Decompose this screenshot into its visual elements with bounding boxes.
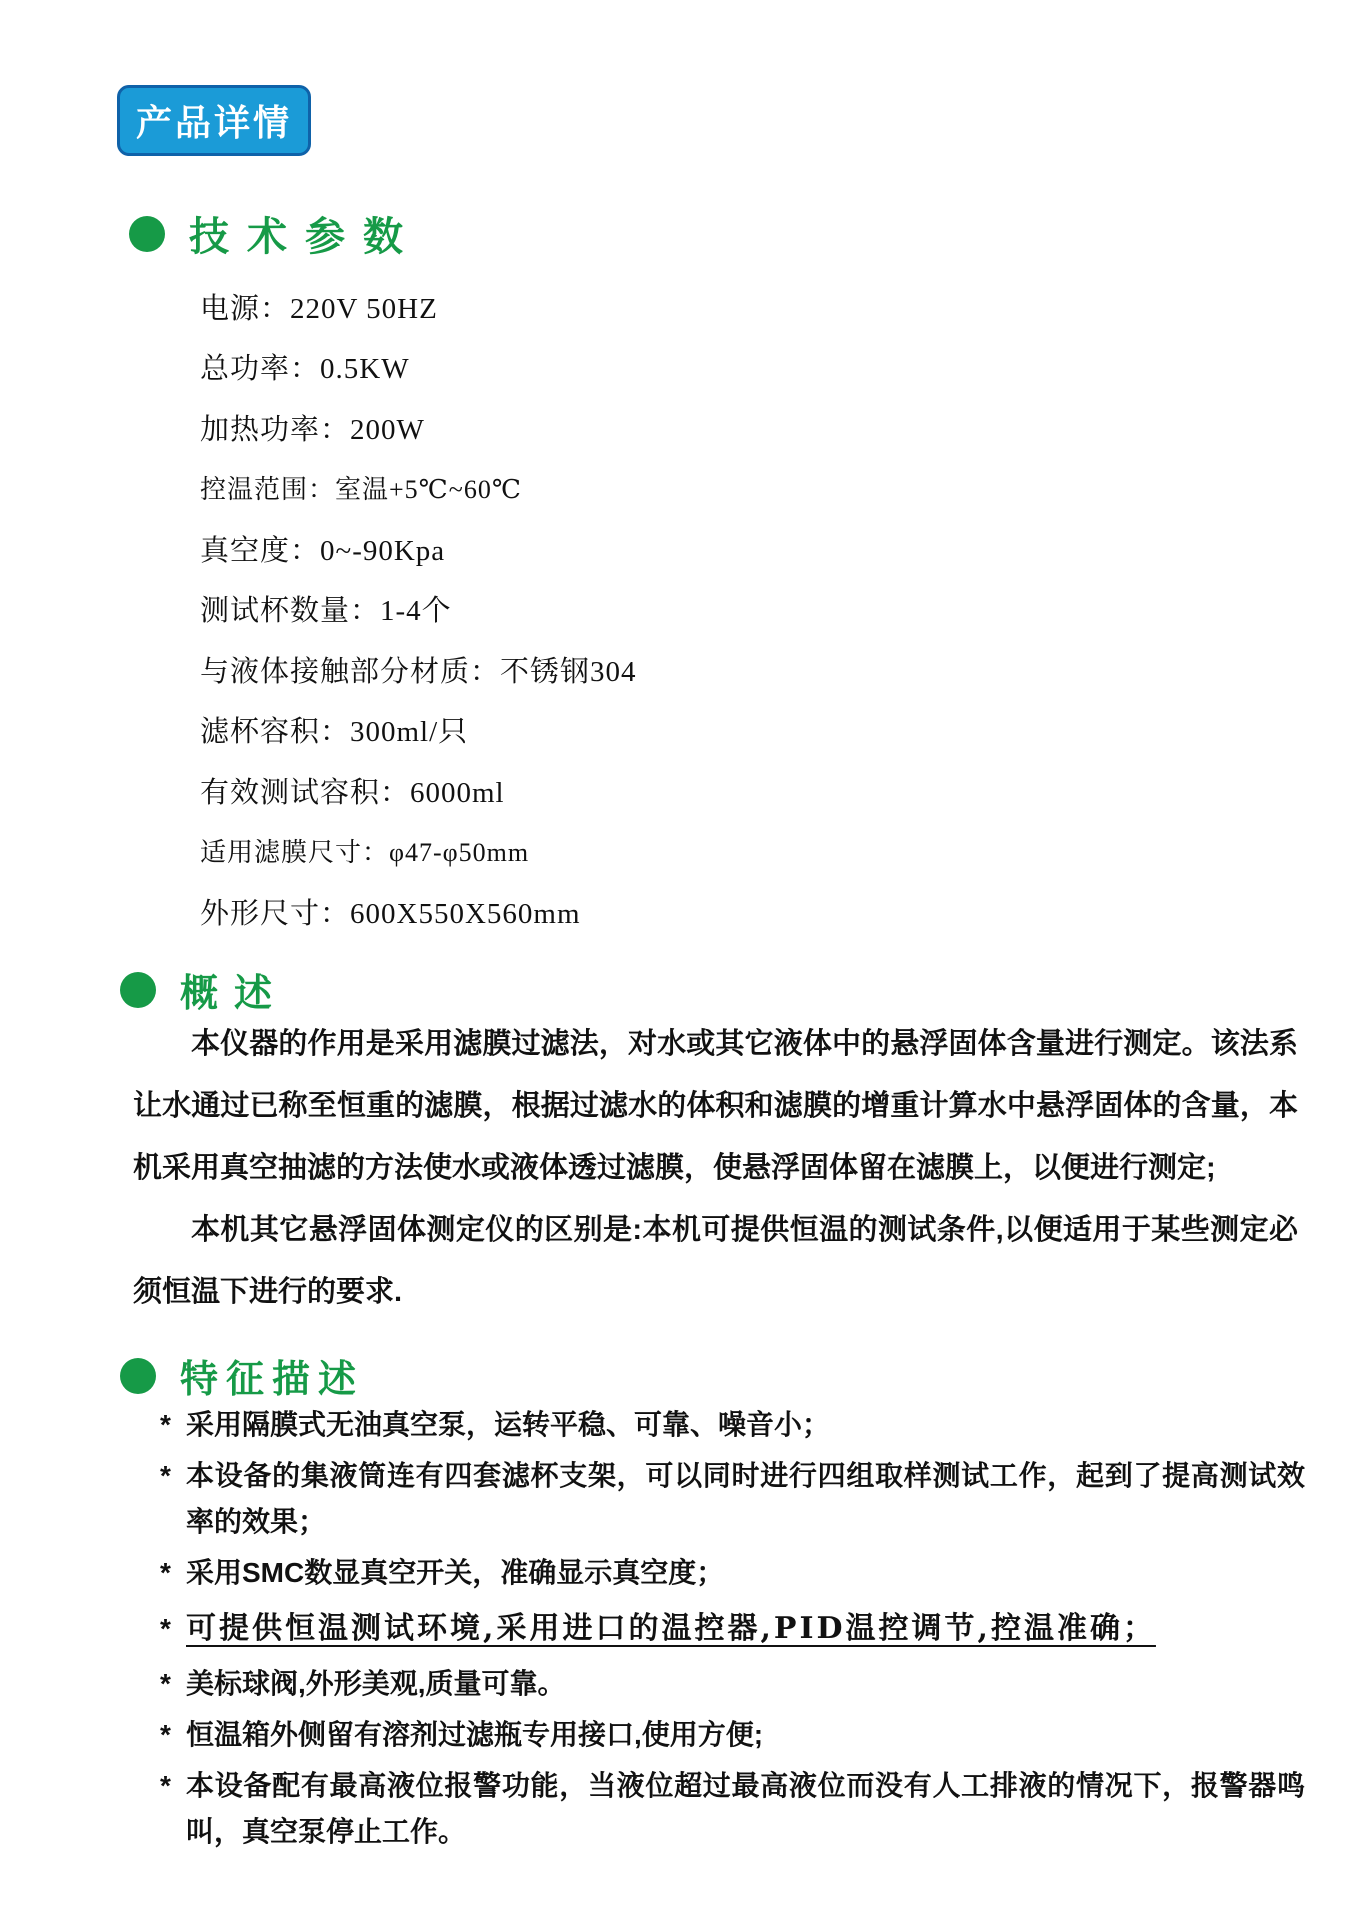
section-header-overview: 概述	[120, 962, 288, 1017]
spec-line-vacuum: 真空度：0~-90Kpa	[200, 518, 637, 579]
asterisk-marker: *	[160, 1661, 186, 1707]
asterisk-marker: *	[160, 1712, 186, 1758]
spec-list: 电源：220V 50HZ 总功率：0.5KW 加热功率：200W 控温范围：室温…	[200, 276, 637, 942]
spec-line-cup-volume: 滤杯容积：300ml/只	[200, 700, 637, 761]
feature-item: * 美标球阀,外形美观,质量可靠。	[160, 1661, 1305, 1707]
feature-text: 采用隔膜式无油真空泵，运转平稳、可靠、噪音小；	[186, 1402, 830, 1448]
spec-line-total-power: 总功率：0.5KW	[200, 337, 637, 398]
section-title-overview: 概述	[180, 962, 288, 1017]
feature-text: 本设备的集液筒连有四套滤杯支架，可以同时进行四组取样测试工作，起到了提高测试效率…	[186, 1453, 1305, 1545]
spec-line-heating-power: 加热功率：200W	[200, 397, 637, 458]
feature-text: 恒温箱外侧留有溶剂过滤瓶专用接口,使用方便;	[186, 1712, 763, 1758]
feature-text-underlined: 可提供恒温测试环境,采用进口的温控器,PID温控调节,控温准确；	[186, 1606, 1156, 1652]
green-bullet-icon	[129, 216, 165, 252]
section-header-tech-params: 技术参数	[129, 205, 421, 262]
asterisk-marker: *	[160, 1402, 186, 1448]
asterisk-marker: *	[160, 1606, 186, 1652]
overview-paragraph: 本仪器的作用是采用滤膜过滤法，对水或其它液体中的悬浮固体含量进行测定。该法系让水…	[133, 1013, 1298, 1199]
feature-text: 本设备配有最高液位报警功能，当液位超过最高液位而没有人工排液的情况下，报警器鸣叫…	[186, 1763, 1305, 1855]
feature-item-emphasized: * 可提供恒温测试环境,采用进口的温控器,PID温控调节,控温准确；	[160, 1606, 1305, 1652]
feature-item: * 本设备的集液筒连有四套滤杯支架，可以同时进行四组取样测试工作，起到了提高测试…	[160, 1453, 1305, 1545]
spec-line-membrane-size: 适用滤膜尺寸：φ47-φ50mm	[200, 821, 637, 882]
section-header-features: 特征描述	[120, 1348, 364, 1403]
spec-line-power: 电源：220V 50HZ	[200, 276, 637, 337]
green-bullet-icon	[120, 1358, 156, 1394]
spec-line-test-volume: 有效测试容积：6000ml	[200, 760, 637, 821]
feature-item: * 本设备配有最高液位报警功能，当液位超过最高液位而没有人工排液的情况下，报警器…	[160, 1763, 1305, 1855]
feature-text: 美标球阀,外形美观,质量可靠。	[186, 1661, 566, 1707]
product-details-badge: 产品详情	[117, 85, 311, 156]
asterisk-marker: *	[160, 1550, 186, 1596]
overview-paragraph: 本机其它悬浮固体测定仪的区别是:本机可提供恒温的测试条件,以便适用于某些测定必须…	[133, 1199, 1298, 1323]
asterisk-marker: *	[160, 1763, 186, 1855]
feature-item: * 恒温箱外侧留有溶剂过滤瓶专用接口,使用方便;	[160, 1712, 1305, 1758]
spec-line-material: 与液体接触部分材质：不锈钢304	[200, 639, 637, 700]
feature-text: 采用SMC数显真空开关，准确显示真空度；	[186, 1550, 724, 1596]
product-details-badge-label: 产品详情	[136, 95, 292, 146]
overview-text: 本仪器的作用是采用滤膜过滤法，对水或其它液体中的悬浮固体含量进行测定。该法系让水…	[133, 1013, 1298, 1323]
section-title-tech-params: 技术参数	[189, 205, 421, 262]
spec-line-dimensions: 外形尺寸：600X550X560mm	[200, 881, 637, 942]
asterisk-marker: *	[160, 1453, 186, 1545]
feature-item: * 采用SMC数显真空开关，准确显示真空度；	[160, 1550, 1305, 1596]
feature-item: * 采用隔膜式无油真空泵，运转平稳、可靠、噪音小；	[160, 1402, 1305, 1448]
section-title-features: 特征描述	[180, 1348, 364, 1403]
spec-line-temp-range: 控温范围：室温+5℃~60℃	[200, 458, 637, 519]
feature-list: * 采用隔膜式无油真空泵，运转平稳、可靠、噪音小； * 本设备的集液筒连有四套滤…	[160, 1402, 1305, 1860]
green-bullet-icon	[120, 972, 156, 1008]
spec-line-cup-count: 测试杯数量：1-4个	[200, 579, 637, 640]
